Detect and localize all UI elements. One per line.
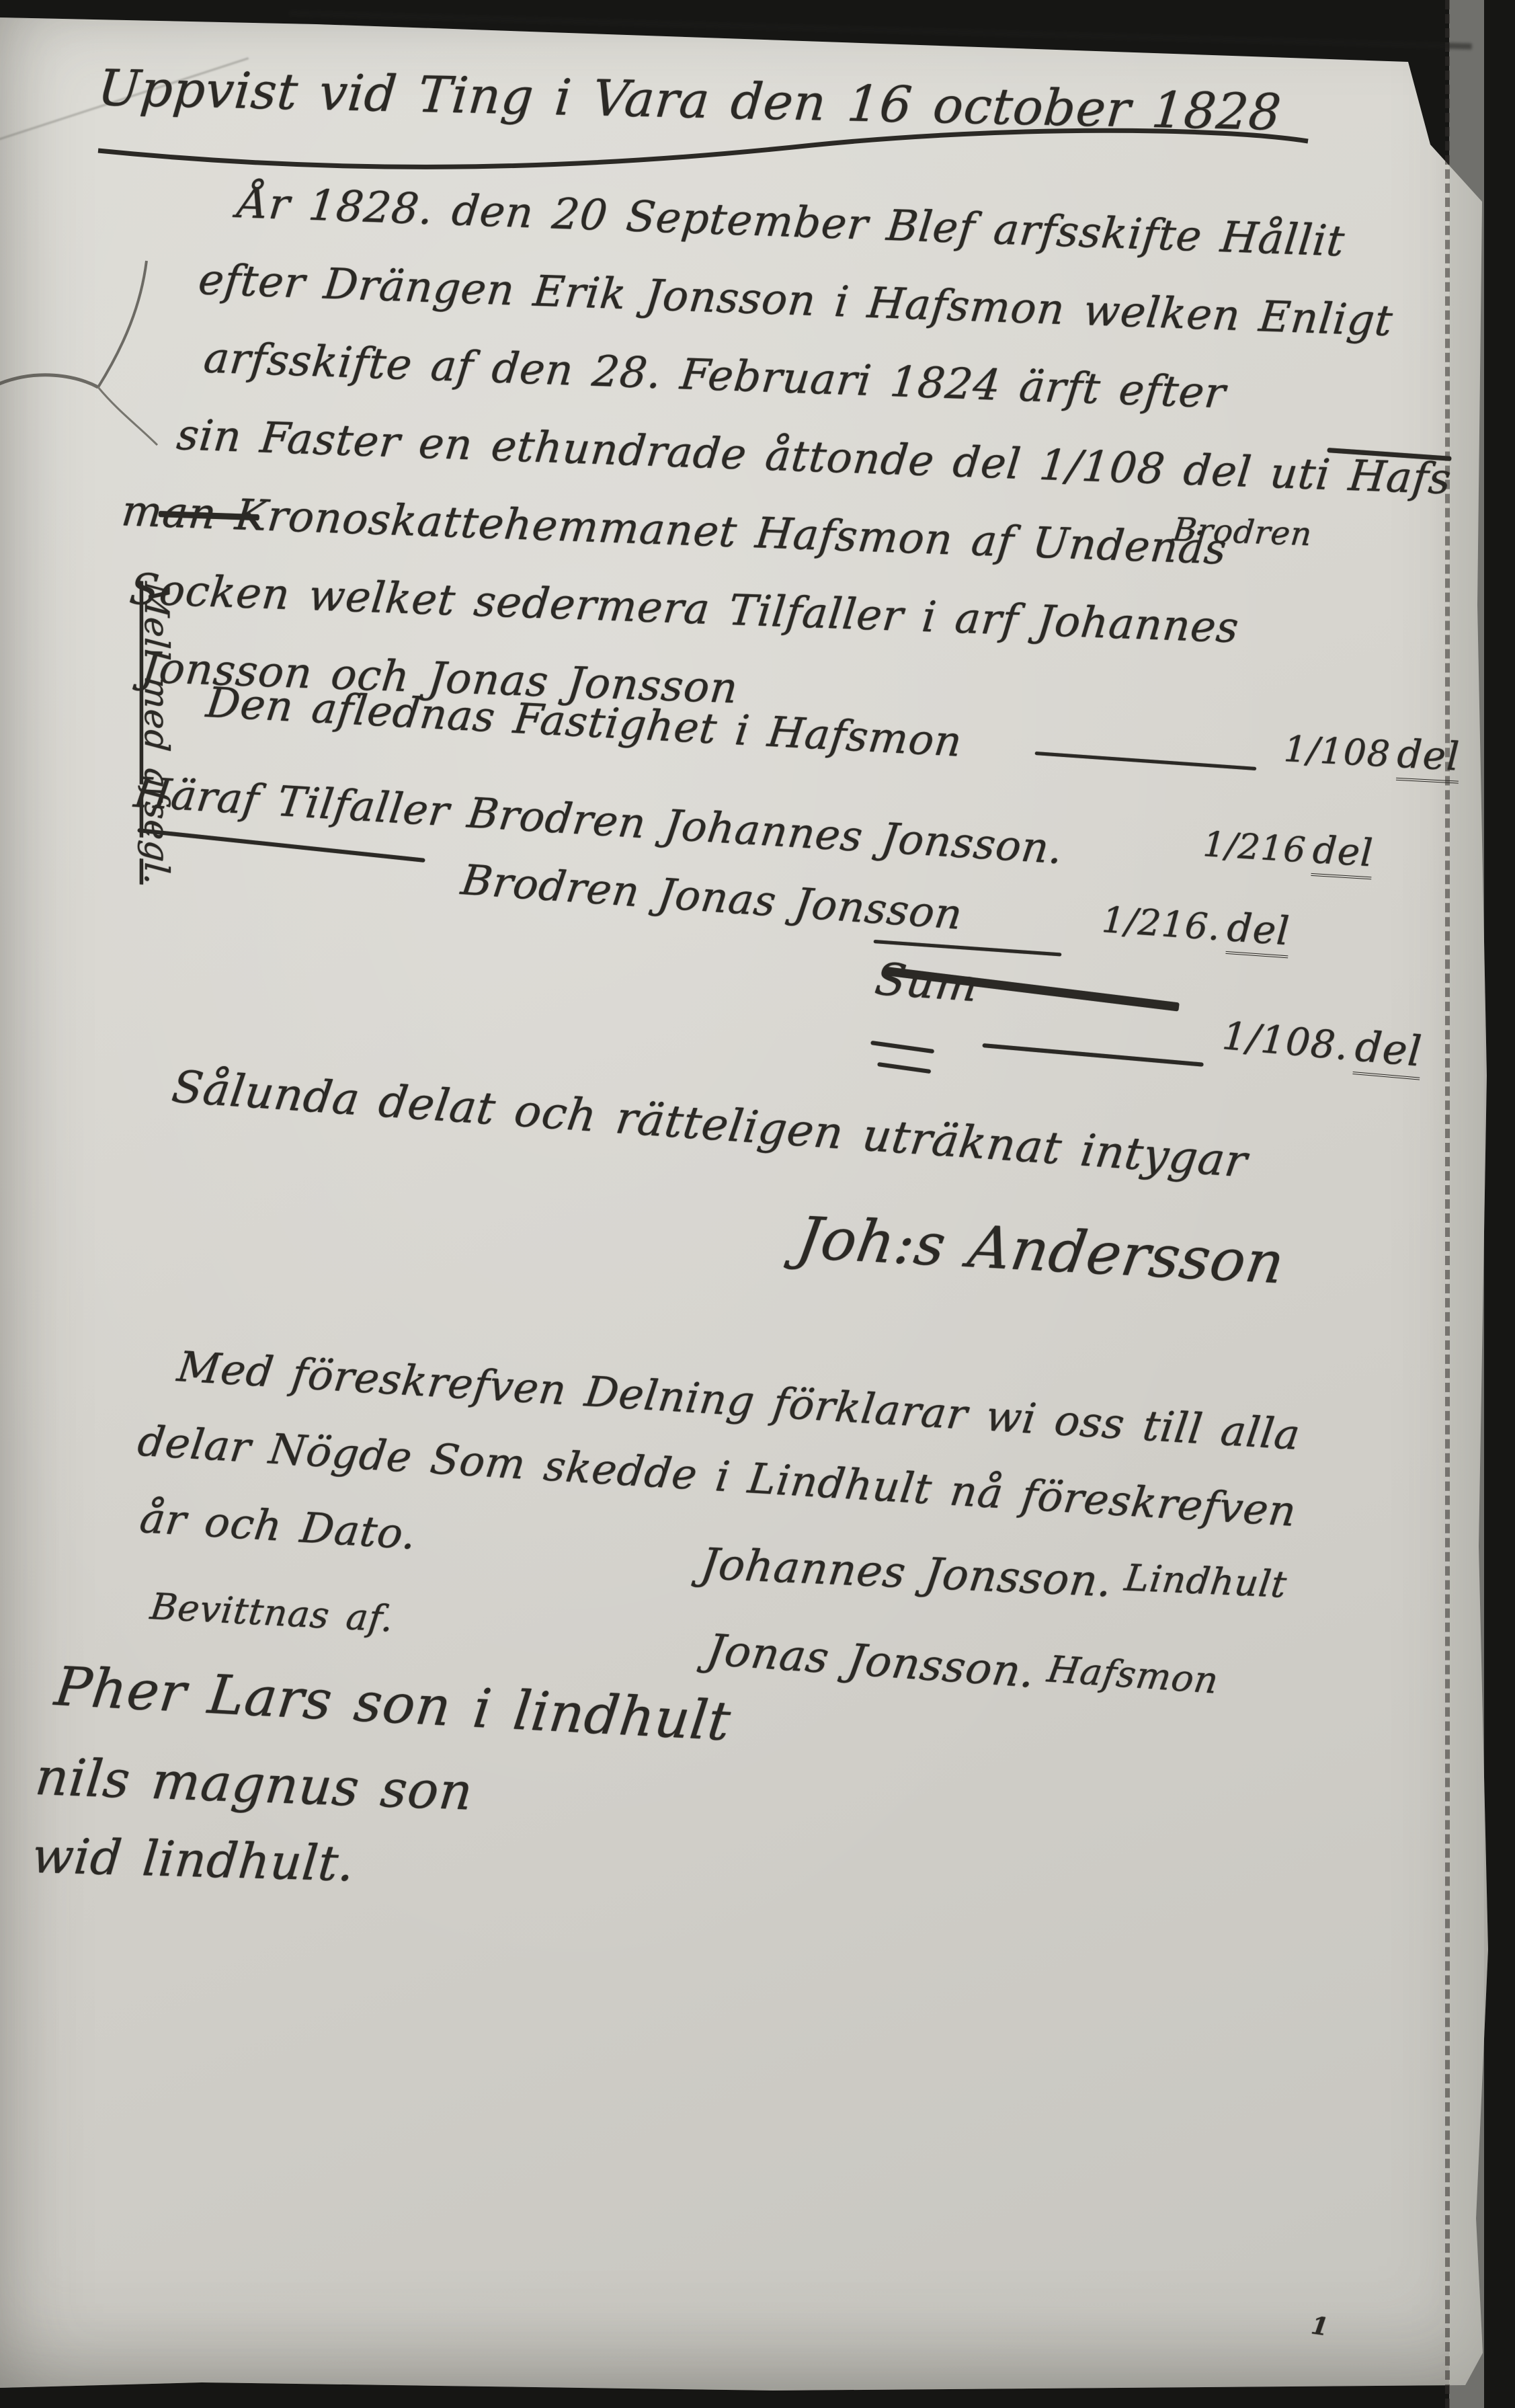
amount-unit: del	[1225, 904, 1291, 958]
amount-unit: del	[1311, 828, 1375, 879]
amount-unit: del	[1396, 731, 1461, 784]
amount-value: 1/216	[1202, 824, 1307, 871]
inserted-word-brodren: Brodren	[1171, 511, 1314, 553]
amount-value: 1/108	[1282, 727, 1391, 775]
photograph-frame: Uppvist vid Ting i Vara den 16 october 1…	[0, 0, 1515, 2408]
witness-line: wid lindhult.	[30, 1827, 358, 1892]
amount-unit: del	[1353, 1021, 1424, 1080]
margin-note: Mell med afsegl.	[137, 581, 176, 887]
amount-value: 1/216.	[1100, 898, 1222, 949]
opening-paragraph: År 1828. den 20 September Blef arfsskift…	[145, 163, 1480, 752]
signature-place: Lindhult	[1122, 1557, 1290, 1606]
account-row-amount: 1/108del	[1282, 725, 1461, 780]
stray-ink-mark	[0, 242, 198, 464]
